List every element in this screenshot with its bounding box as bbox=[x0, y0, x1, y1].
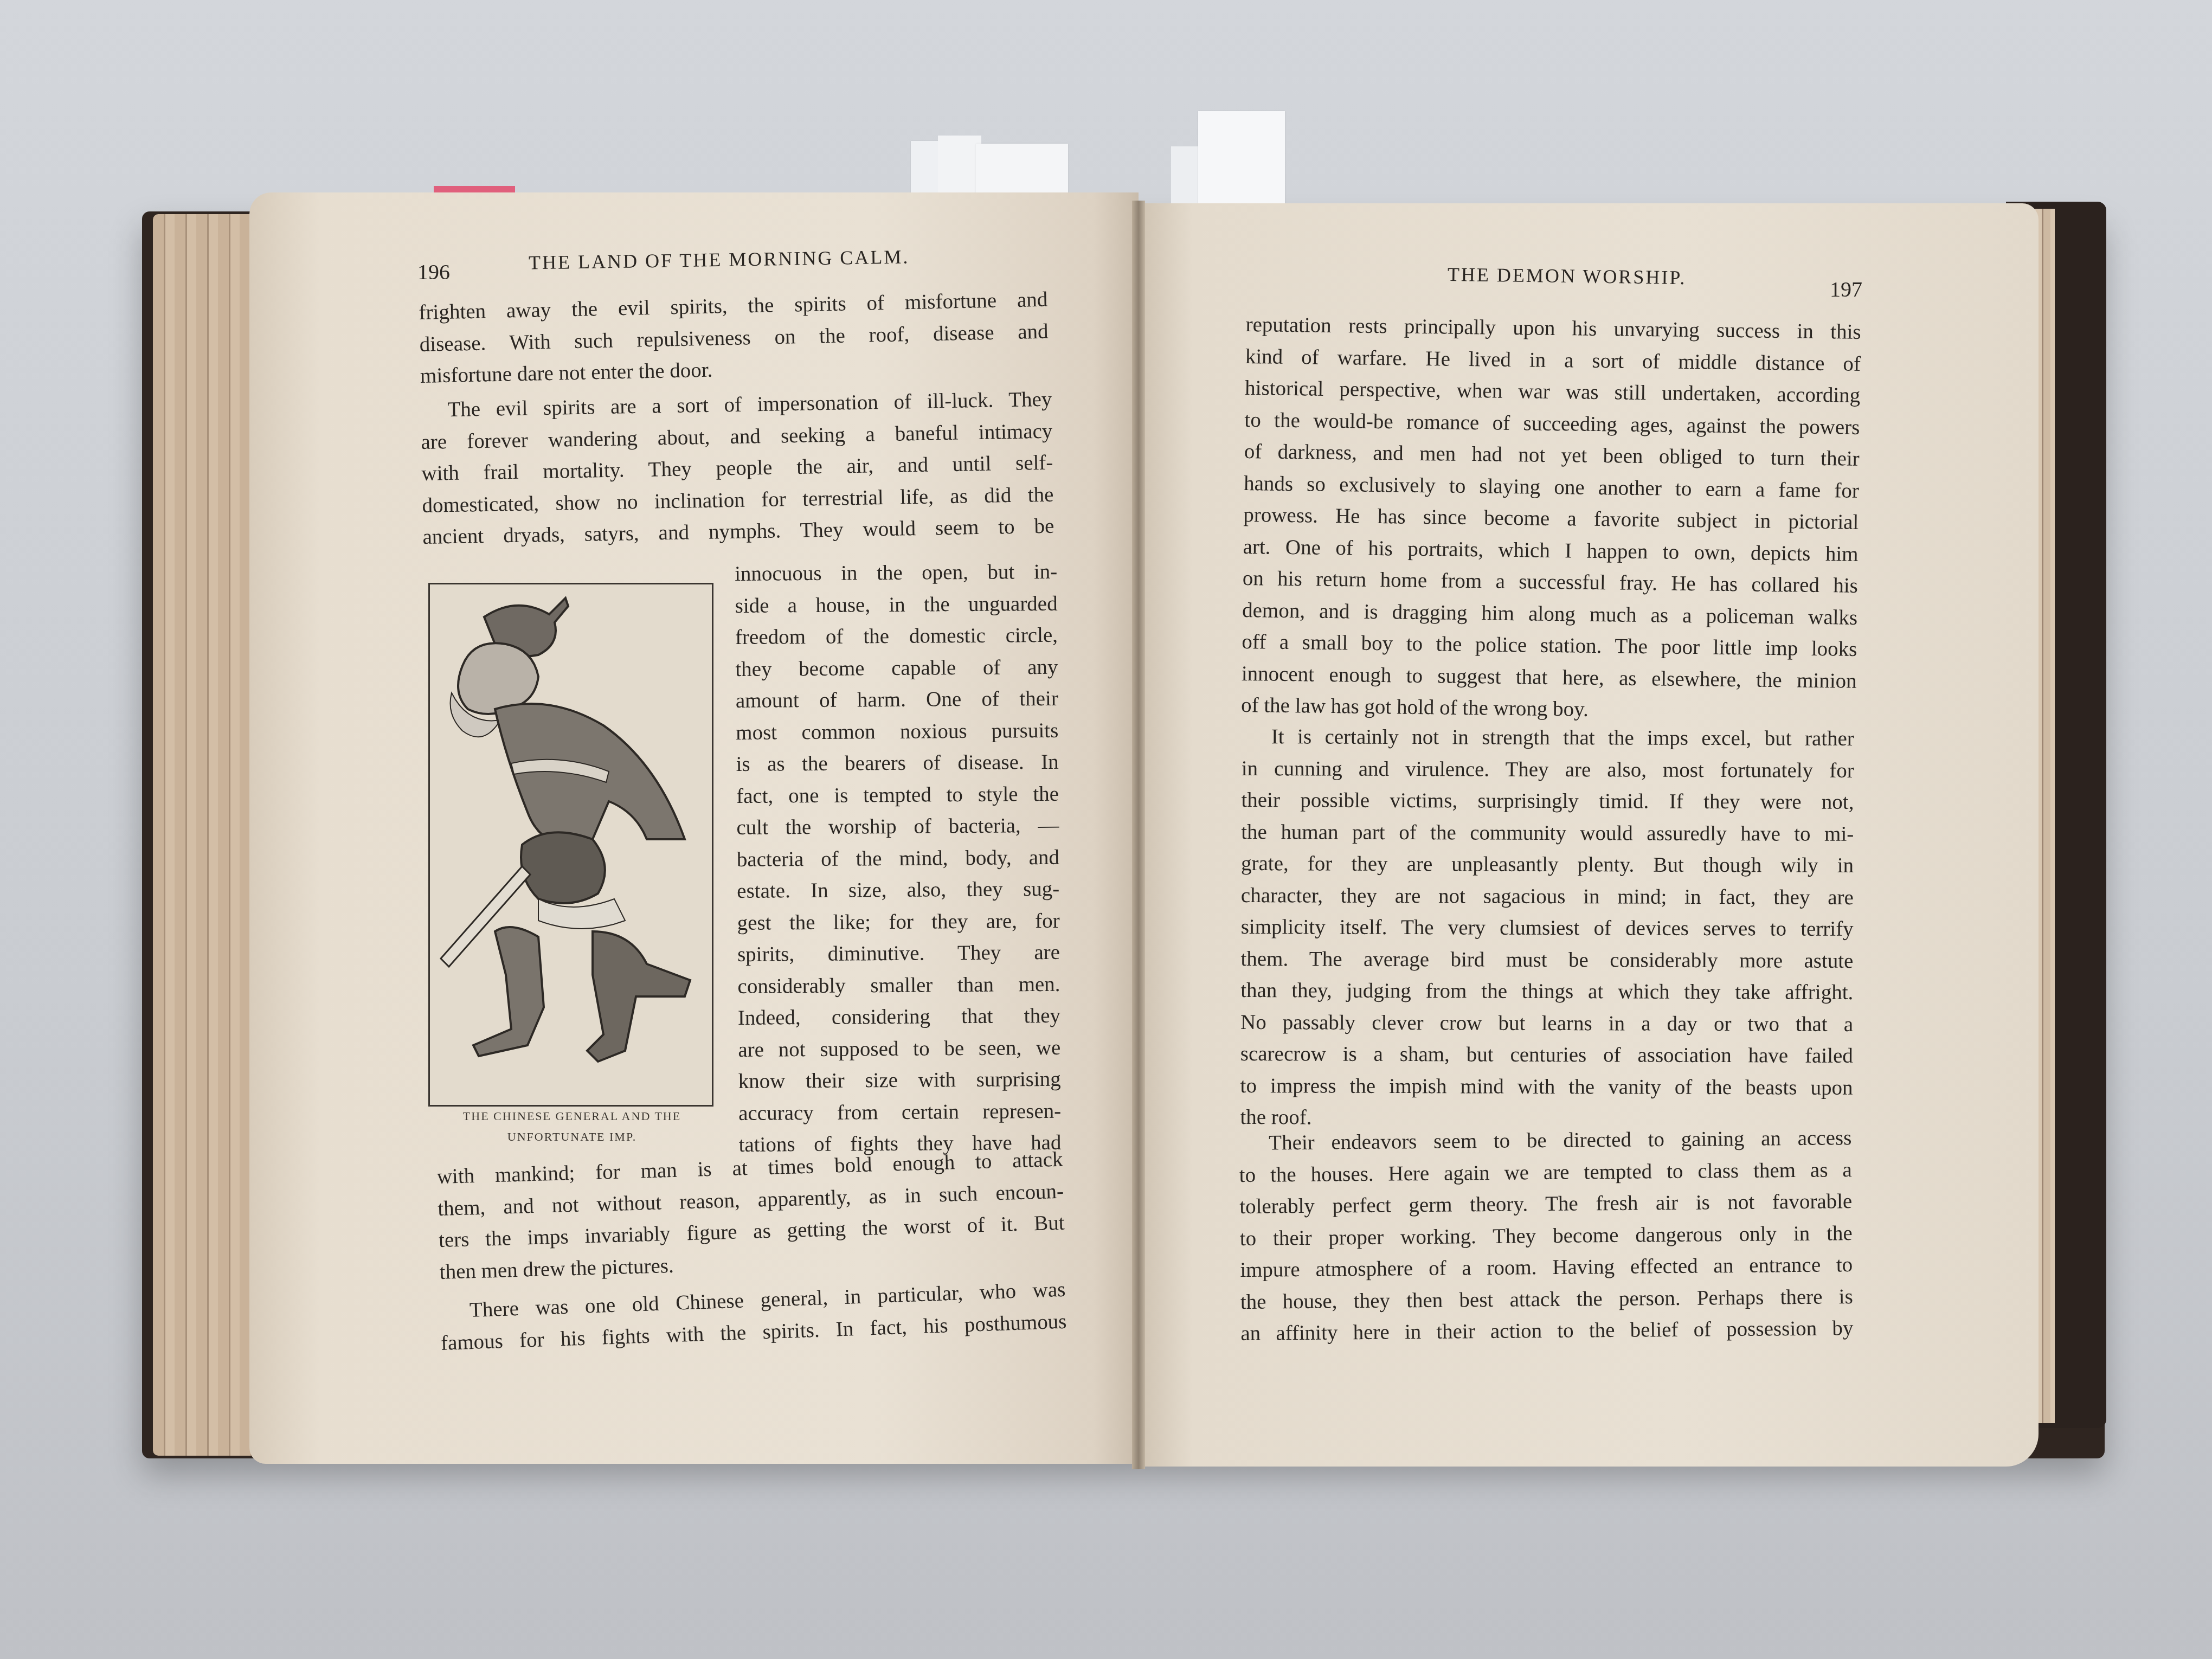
text-line: Their endeavors seem to be directed to g… bbox=[1239, 1122, 1851, 1159]
text-line: bacteria of the mind, body, and bbox=[737, 841, 1059, 876]
text-line: character, they are not sagacious in min… bbox=[1241, 879, 1854, 913]
text-line: accuracy from certain represen- bbox=[738, 1095, 1061, 1129]
text-line: fact, one is tempted to style the bbox=[736, 778, 1059, 812]
text-line: scarecrow is a sham, but centuries of as… bbox=[1240, 1038, 1853, 1072]
text-line: innocuous in the open, but in- bbox=[735, 556, 1057, 590]
left-para-2-wrap-column: innocuous in the open, but in- side a ho… bbox=[735, 556, 1062, 1161]
text-line: most common noxious pursuits bbox=[736, 715, 1058, 749]
text-line: is as the bearers of disease. In bbox=[736, 747, 1058, 781]
book-gutter bbox=[1132, 201, 1145, 1469]
text-line: to their proper working. They become dan… bbox=[1240, 1218, 1853, 1255]
text-line: considerably smaller than men. bbox=[737, 968, 1060, 1002]
text-line: to the houses. Here again we are tempted… bbox=[1239, 1154, 1852, 1191]
text-line: No passably clever crow but learns in a … bbox=[1240, 1006, 1853, 1040]
white-bookmark-tab[interactable] bbox=[976, 144, 1068, 198]
text-line: grate, for they are unpleasantly plenty.… bbox=[1241, 848, 1854, 882]
text-line: are not supposed to be seen, we bbox=[738, 1032, 1060, 1066]
text-line: simplicity itself. The very clumsiest of… bbox=[1241, 911, 1854, 945]
text-line: in cunning and virulence. They are also,… bbox=[1242, 753, 1854, 786]
text-line: side a house, in the unguarded bbox=[735, 588, 1057, 622]
text-line: know their size with surprising bbox=[738, 1064, 1061, 1098]
figure-caption: THE CHINESE GENERAL AND THE UNFORTUNATE … bbox=[428, 1106, 716, 1147]
text-line: the human part of the community would as… bbox=[1241, 816, 1854, 850]
text-line: to impress the impish mind with the vani… bbox=[1240, 1070, 1853, 1103]
text-line: freedom of the domestic circle, bbox=[735, 620, 1058, 654]
white-bookmark-tab[interactable] bbox=[938, 136, 981, 195]
text-line: them. The average bird must be considera… bbox=[1240, 943, 1853, 976]
right-para-2: It is certainly not in strength that the… bbox=[1240, 721, 1854, 1135]
text-line: impure atmosphere of a room. Having effe… bbox=[1240, 1249, 1853, 1286]
right-para-3: Their endeavors seem to be directed to g… bbox=[1239, 1122, 1854, 1349]
text-line: tolerably perfect germ theory. The fresh… bbox=[1239, 1186, 1852, 1223]
page-number-left: 196 bbox=[417, 259, 450, 285]
text-line: their possible victims, surprisingly tim… bbox=[1241, 785, 1854, 818]
text-line: gest the like; for they are, for bbox=[737, 905, 1059, 939]
text-line: amount of harm. One of their bbox=[736, 683, 1058, 717]
right-para-1: reputation rests principally upon his un… bbox=[1241, 309, 1861, 729]
running-head-right: THE DEMON WORSHIP. bbox=[1448, 263, 1687, 289]
text-line: an affinity here in their action to the … bbox=[1240, 1313, 1853, 1349]
text-line: spirits, diminutive. They are bbox=[737, 937, 1060, 971]
page-number-right: 197 bbox=[1830, 276, 1862, 302]
text-line: the house, they then best attack the per… bbox=[1240, 1281, 1853, 1318]
caption-line: UNFORTUNATE IMP. bbox=[428, 1127, 716, 1147]
left-para-2-top: The evil spirits are a sort of impersona… bbox=[420, 384, 1054, 554]
left-para-2-bottom: with mankind; for man is at times bold e… bbox=[436, 1144, 1066, 1288]
general-and-imp-drawing-icon bbox=[430, 584, 712, 1105]
text-line: It is certainly not in strength that the… bbox=[1242, 721, 1854, 755]
text-line: than they, judging from the things at wh… bbox=[1240, 975, 1853, 1008]
text-line: estate. In size, also, they sug- bbox=[737, 873, 1059, 908]
white-bookmark-tab[interactable] bbox=[1198, 111, 1285, 206]
text-line: Indeed, considering that they bbox=[738, 1000, 1060, 1034]
caption-line: THE CHINESE GENERAL AND THE bbox=[428, 1106, 716, 1127]
text-line: cult the worship of bacteria, — bbox=[736, 810, 1059, 844]
text-line: they become capable of any bbox=[735, 651, 1058, 685]
left-para-1: frighten away the evil spirits, the spir… bbox=[419, 284, 1049, 393]
illustration-chinese-general bbox=[428, 583, 713, 1107]
